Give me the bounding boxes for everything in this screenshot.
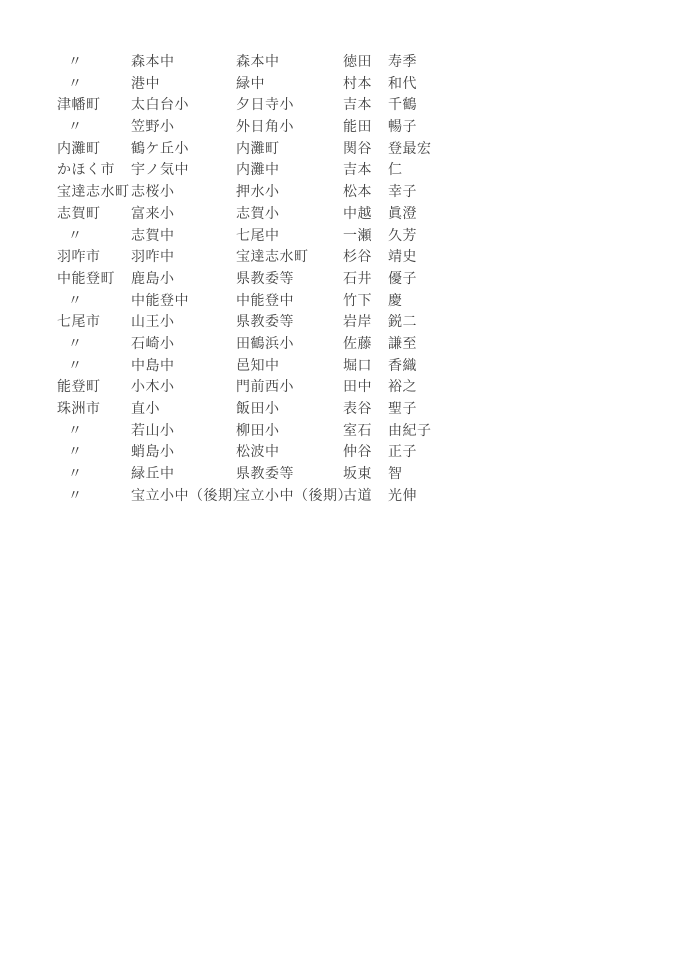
- school-a-cell: 緑丘中: [131, 464, 236, 486]
- last-name-cell: 仲谷: [343, 442, 388, 464]
- first-name-cell: 謙至: [388, 334, 680, 356]
- school-a-cell: 羽咋中: [131, 247, 236, 269]
- table-row: 〃 若山小 柳田小 室石 由紀子: [57, 421, 680, 443]
- school-a-cell: 富来小: [131, 204, 236, 226]
- municipality-cell: 〃: [57, 226, 131, 248]
- municipality-cell: 〃: [57, 486, 131, 508]
- school-a-cell: 港中: [131, 74, 236, 96]
- table-row: 〃 中能登中 中能登中 竹下 慶: [57, 291, 680, 313]
- first-name-cell: 千鶴: [388, 95, 680, 117]
- table-row: 〃 緑丘中 県教委等 坂東 智: [57, 464, 680, 486]
- table-row: 宝達志水町 志桜小 押水小 松本 幸子: [57, 182, 680, 204]
- transfer-table: 〃 森本中 森本中 徳田 寿季 〃 港中 緑中 村本 和代 津幡町 太白台小 夕…: [57, 52, 680, 507]
- school-b-cell: 夕日寺小: [236, 95, 343, 117]
- school-a-cell: 直小: [131, 399, 236, 421]
- school-a-cell: 鶴ケ丘小: [131, 139, 236, 161]
- table-row: 〃 志賀中 七尾中 一瀬 久芳: [57, 226, 680, 248]
- first-name-cell: 和代: [388, 74, 680, 96]
- table-row: かほく市 宇ノ気中 内灘中 吉本 仁: [57, 160, 680, 182]
- table-row: 〃 中島中 邑知中 堀口 香織: [57, 356, 680, 378]
- school-a-cell: 鹿島小: [131, 269, 236, 291]
- school-b-cell: 邑知中: [236, 356, 343, 378]
- school-b-cell: 森本中: [236, 52, 343, 74]
- last-name-cell: 松本: [343, 182, 388, 204]
- school-a-cell: 中能登中: [131, 291, 236, 313]
- school-b-cell: 県教委等: [236, 464, 343, 486]
- school-b-cell: 柳田小: [236, 421, 343, 443]
- municipality-cell: 〃: [57, 334, 131, 356]
- first-name-cell: 優子: [388, 269, 680, 291]
- school-a-cell: 若山小: [131, 421, 236, 443]
- municipality-cell: 〃: [57, 52, 131, 74]
- last-name-cell: 室石: [343, 421, 388, 443]
- school-a-cell: 小木小: [131, 377, 236, 399]
- school-a-cell: 笠野小: [131, 117, 236, 139]
- school-b-cell: 門前西小: [236, 377, 343, 399]
- first-name-cell: 正子: [388, 442, 680, 464]
- municipality-cell: 内灘町: [57, 139, 131, 161]
- school-a-cell: 森本中: [131, 52, 236, 74]
- school-b-cell: 内灘町: [236, 139, 343, 161]
- table-row: 能登町 小木小 門前西小 田中 裕之: [57, 377, 680, 399]
- school-b-cell: 県教委等: [236, 269, 343, 291]
- municipality-cell: 〃: [57, 291, 131, 313]
- table-row: 中能登町 鹿島小 県教委等 石井 優子: [57, 269, 680, 291]
- school-b-cell: 田鶴浜小: [236, 334, 343, 356]
- table-row: 〃 宝立小中（後期） 宝立小中（後期） 古道 光伸: [57, 486, 680, 508]
- municipality-cell: 〃: [57, 117, 131, 139]
- table-row: 津幡町 太白台小 夕日寺小 吉本 千鶴: [57, 95, 680, 117]
- last-name-cell: 吉本: [343, 160, 388, 182]
- last-name-cell: 竹下: [343, 291, 388, 313]
- first-name-cell: 久芳: [388, 226, 680, 248]
- table-row: 羽咋市 羽咋中 宝達志水町 杉谷 靖史: [57, 247, 680, 269]
- table-row: 珠洲市 直小 飯田小 表谷 聖子: [57, 399, 680, 421]
- table-row: 〃 蛸島小 松波中 仲谷 正子: [57, 442, 680, 464]
- first-name-cell: 幸子: [388, 182, 680, 204]
- municipality-cell: 津幡町: [57, 95, 131, 117]
- school-b-cell: 緑中: [236, 74, 343, 96]
- municipality-cell: 〃: [57, 421, 131, 443]
- municipality-cell: 七尾市: [57, 312, 131, 334]
- school-a-cell: 石崎小: [131, 334, 236, 356]
- first-name-cell: 聖子: [388, 399, 680, 421]
- last-name-cell: 関谷: [343, 139, 388, 161]
- last-name-cell: 能田: [343, 117, 388, 139]
- municipality-cell: 〃: [57, 442, 131, 464]
- table-row: 〃 笠野小 外日角小 能田 暢子: [57, 117, 680, 139]
- school-a-cell: 宝立小中（後期）: [131, 486, 236, 508]
- municipality-cell: 志賀町: [57, 204, 131, 226]
- first-name-cell: 光伸: [388, 486, 680, 508]
- school-a-cell: 蛸島小: [131, 442, 236, 464]
- municipality-cell: 〃: [57, 356, 131, 378]
- last-name-cell: 田中: [343, 377, 388, 399]
- municipality-cell: 中能登町: [57, 269, 131, 291]
- last-name-cell: 中越: [343, 204, 388, 226]
- school-b-cell: 外日角小: [236, 117, 343, 139]
- last-name-cell: 徳田: [343, 52, 388, 74]
- document-page: 〃 森本中 森本中 徳田 寿季 〃 港中 緑中 村本 和代 津幡町 太白台小 夕…: [0, 0, 680, 961]
- last-name-cell: 岩岸: [343, 312, 388, 334]
- school-b-cell: 七尾中: [236, 226, 343, 248]
- table-row: 内灘町 鶴ケ丘小 内灘町 関谷 登最宏: [57, 139, 680, 161]
- first-name-cell: 智: [388, 464, 680, 486]
- first-name-cell: 靖史: [388, 247, 680, 269]
- school-b-cell: 松波中: [236, 442, 343, 464]
- municipality-cell: 羽咋市: [57, 247, 131, 269]
- table-row: 〃 森本中 森本中 徳田 寿季: [57, 52, 680, 74]
- first-name-cell: 裕之: [388, 377, 680, 399]
- first-name-cell: 登最宏: [388, 139, 680, 161]
- school-b-cell: 県教委等: [236, 312, 343, 334]
- first-name-cell: 眞澄: [388, 204, 680, 226]
- first-name-cell: 慶: [388, 291, 680, 313]
- last-name-cell: 村本: [343, 74, 388, 96]
- school-a-cell: 志桜小: [131, 182, 236, 204]
- school-b-cell: 押水小: [236, 182, 343, 204]
- table-row: 志賀町 富来小 志賀小 中越 眞澄: [57, 204, 680, 226]
- municipality-cell: 宝達志水町: [57, 182, 131, 204]
- last-name-cell: 杉谷: [343, 247, 388, 269]
- last-name-cell: 吉本: [343, 95, 388, 117]
- first-name-cell: 寿季: [388, 52, 680, 74]
- municipality-cell: 〃: [57, 464, 131, 486]
- table-row: 〃 石崎小 田鶴浜小 佐藤 謙至: [57, 334, 680, 356]
- school-a-cell: 志賀中: [131, 226, 236, 248]
- last-name-cell: 石井: [343, 269, 388, 291]
- municipality-cell: かほく市: [57, 160, 131, 182]
- last-name-cell: 表谷: [343, 399, 388, 421]
- school-b-cell: 宝立小中（後期）: [236, 486, 343, 508]
- first-name-cell: 香織: [388, 356, 680, 378]
- school-b-cell: 宝達志水町: [236, 247, 343, 269]
- table-row: 七尾市 山王小 県教委等 岩岸 鋭二: [57, 312, 680, 334]
- municipality-cell: 珠洲市: [57, 399, 131, 421]
- last-name-cell: 一瀬: [343, 226, 388, 248]
- last-name-cell: 堀口: [343, 356, 388, 378]
- school-b-cell: 内灘中: [236, 160, 343, 182]
- first-name-cell: 鋭二: [388, 312, 680, 334]
- last-name-cell: 古道: [343, 486, 388, 508]
- school-b-cell: 志賀小: [236, 204, 343, 226]
- municipality-cell: 能登町: [57, 377, 131, 399]
- table-row: 〃 港中 緑中 村本 和代: [57, 74, 680, 96]
- last-name-cell: 佐藤: [343, 334, 388, 356]
- school-a-cell: 中島中: [131, 356, 236, 378]
- last-name-cell: 坂東: [343, 464, 388, 486]
- municipality-cell: 〃: [57, 74, 131, 96]
- school-a-cell: 太白台小: [131, 95, 236, 117]
- first-name-cell: 仁: [388, 160, 680, 182]
- school-a-cell: 宇ノ気中: [131, 160, 236, 182]
- school-b-cell: 中能登中: [236, 291, 343, 313]
- first-name-cell: 由紀子: [388, 421, 680, 443]
- school-a-cell: 山王小: [131, 312, 236, 334]
- first-name-cell: 暢子: [388, 117, 680, 139]
- school-b-cell: 飯田小: [236, 399, 343, 421]
